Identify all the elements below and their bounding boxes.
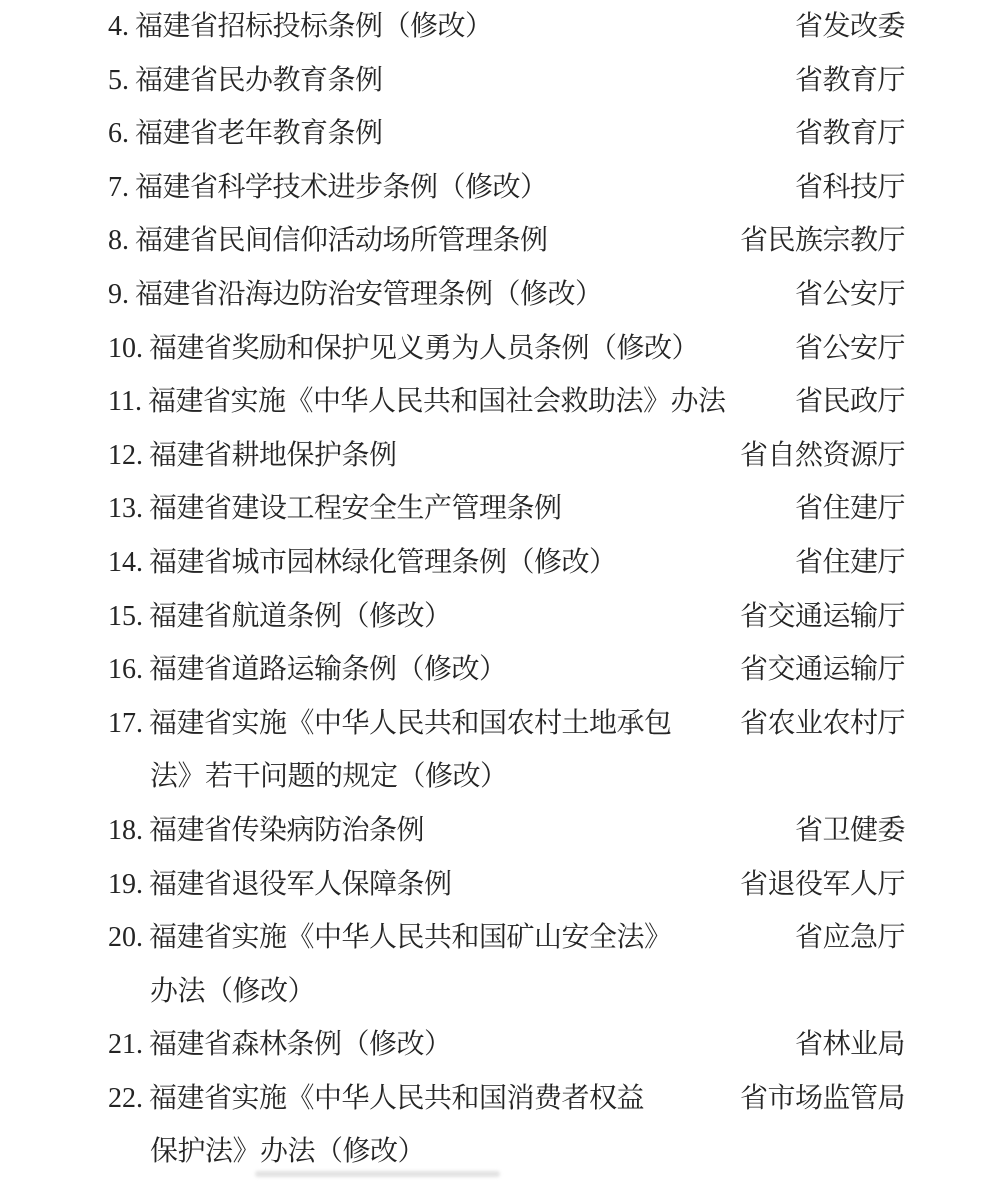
item-title-line: 13.福建省建设工程安全生产管理条例	[108, 482, 795, 536]
item-number: 10.	[108, 322, 143, 376]
regulation-title: 14.福建省城市园林绿化管理条例（修改）	[108, 536, 795, 590]
item-title-line: 14.福建省城市园林绿化管理条例（修改）	[108, 536, 795, 590]
regulation-row: 21.福建省森林条例（修改） 省林业局	[0, 1018, 990, 1072]
item-number: 20.	[108, 911, 143, 965]
responsible-dept: 省教育厅	[795, 54, 905, 108]
item-title-line: 12.福建省耕地保护条例	[108, 429, 740, 483]
regulation-title: 12.福建省耕地保护条例	[108, 429, 740, 483]
item-title-line: 4.福建省招标投标条例（修改）	[108, 0, 795, 54]
document-page: 4.福建省招标投标条例（修改） 省发改委 5.福建省民办教育条例 省教育厅 6.…	[0, 0, 990, 1193]
item-number: 17.	[108, 697, 143, 751]
regulation-row: 22.福建省实施《中华人民共和国消费者权益保护法》办法（修改） 省市场监管局	[0, 1072, 990, 1179]
item-number: 14.	[108, 536, 143, 590]
regulation-row: 10.福建省奖励和保护见义勇为人员条例（修改） 省公安厅	[0, 322, 990, 376]
item-title-line: 19.福建省退役军人保障条例	[108, 858, 740, 912]
responsible-dept: 省卫健委	[795, 804, 905, 858]
regulation-title: 11.福建省实施《中华人民共和国社会救助法》办法	[108, 375, 795, 429]
regulation-row: 19.福建省退役军人保障条例 省退役军人厅	[0, 858, 990, 912]
item-number: 13.	[108, 482, 143, 536]
regulation-title: 6.福建省老年教育条例	[108, 107, 795, 161]
item-number: 4.	[108, 0, 129, 54]
item-title-line: 18.福建省传染病防治条例	[108, 804, 795, 858]
responsible-dept: 省退役军人厅	[740, 858, 905, 912]
regulation-title: 4.福建省招标投标条例（修改）	[108, 0, 795, 54]
responsible-dept: 省住建厅	[795, 536, 905, 590]
item-title-line: 21.福建省森林条例（修改）	[108, 1018, 795, 1072]
item-number: 16.	[108, 643, 143, 697]
item-title-continuation: 办法（修改）	[150, 965, 795, 1019]
item-number: 18.	[108, 804, 143, 858]
regulation-title: 22.福建省实施《中华人民共和国消费者权益保护法》办法（修改）	[108, 1072, 740, 1179]
item-title-line: 16.福建省道路运输条例（修改）	[108, 643, 740, 697]
regulation-row: 20.福建省实施《中华人民共和国矿山安全法》办法（修改） 省应急厅	[0, 911, 990, 1018]
regulation-title: 18.福建省传染病防治条例	[108, 804, 795, 858]
regulation-title: 10.福建省奖励和保护见义勇为人员条例（修改）	[108, 322, 795, 376]
item-number: 6.	[108, 107, 129, 161]
regulation-row: 5.福建省民办教育条例 省教育厅	[0, 54, 990, 108]
item-title-line: 15.福建省航道条例（修改）	[108, 590, 740, 644]
responsible-dept: 省农业农村厅	[740, 697, 905, 751]
regulation-title: 19.福建省退役军人保障条例	[108, 858, 740, 912]
item-title-line: 9.福建省沿海边防治安管理条例（修改）	[108, 268, 795, 322]
item-title-line: 17.福建省实施《中华人民共和国农村土地承包	[108, 697, 740, 751]
responsible-dept: 省科技厅	[795, 161, 905, 215]
regulation-row: 9.福建省沿海边防治安管理条例（修改） 省公安厅	[0, 268, 990, 322]
responsible-dept: 省公安厅	[795, 322, 905, 376]
item-number: 8.	[108, 214, 129, 268]
regulation-title: 21.福建省森林条例（修改）	[108, 1018, 795, 1072]
regulation-title: 17.福建省实施《中华人民共和国农村土地承包法》若干问题的规定（修改）	[108, 697, 740, 804]
item-title-line: 6.福建省老年教育条例	[108, 107, 795, 161]
regulation-row: 16.福建省道路运输条例（修改） 省交通运输厅	[0, 643, 990, 697]
regulation-row: 15.福建省航道条例（修改） 省交通运输厅	[0, 590, 990, 644]
cropped-text-artifact	[255, 1171, 500, 1177]
item-title-line: 5.福建省民办教育条例	[108, 54, 795, 108]
item-title-line: 22.福建省实施《中华人民共和国消费者权益	[108, 1072, 740, 1126]
item-title-line: 11.福建省实施《中华人民共和国社会救助法》办法	[108, 375, 795, 429]
regulation-row: 18.福建省传染病防治条例 省卫健委	[0, 804, 990, 858]
regulation-title: 8.福建省民间信仰活动场所管理条例	[108, 214, 740, 268]
item-number: 19.	[108, 858, 143, 912]
regulation-row: 13.福建省建设工程安全生产管理条例 省住建厅	[0, 482, 990, 536]
regulation-row: 4.福建省招标投标条例（修改） 省发改委	[0, 0, 990, 54]
responsible-dept: 省林业局	[795, 1018, 905, 1072]
regulation-title: 20.福建省实施《中华人民共和国矿山安全法》办法（修改）	[108, 911, 795, 1018]
item-number: 12.	[108, 429, 143, 483]
regulation-title: 9.福建省沿海边防治安管理条例（修改）	[108, 268, 795, 322]
item-number: 15.	[108, 590, 143, 644]
regulation-title: 5.福建省民办教育条例	[108, 54, 795, 108]
item-title-continuation: 法》若干问题的规定（修改）	[150, 750, 740, 804]
regulation-title: 13.福建省建设工程安全生产管理条例	[108, 482, 795, 536]
item-title-line: 8.福建省民间信仰活动场所管理条例	[108, 214, 740, 268]
item-title-line: 10.福建省奖励和保护见义勇为人员条例（修改）	[108, 322, 795, 376]
regulation-row: 8.福建省民间信仰活动场所管理条例 省民族宗教厅	[0, 214, 990, 268]
item-number: 7.	[108, 161, 129, 215]
responsible-dept: 省教育厅	[795, 107, 905, 161]
regulation-row: 11.福建省实施《中华人民共和国社会救助法》办法 省民政厅	[0, 375, 990, 429]
responsible-dept: 省民族宗教厅	[740, 214, 905, 268]
responsible-dept: 省住建厅	[795, 482, 905, 536]
regulation-list: 4.福建省招标投标条例（修改） 省发改委 5.福建省民办教育条例 省教育厅 6.…	[0, 0, 990, 1179]
item-number: 5.	[108, 54, 129, 108]
item-title-line: 20.福建省实施《中华人民共和国矿山安全法》	[108, 911, 795, 965]
item-number: 11.	[108, 375, 142, 429]
regulation-row: 12.福建省耕地保护条例 省自然资源厅	[0, 429, 990, 483]
regulation-title: 15.福建省航道条例（修改）	[108, 590, 740, 644]
responsible-dept: 省应急厅	[795, 911, 905, 965]
regulation-title: 7.福建省科学技术进步条例（修改）	[108, 161, 795, 215]
responsible-dept: 省民政厅	[795, 375, 905, 429]
regulation-title: 16.福建省道路运输条例（修改）	[108, 643, 740, 697]
responsible-dept: 省市场监管局	[740, 1072, 905, 1126]
responsible-dept: 省公安厅	[795, 268, 905, 322]
responsible-dept: 省交通运输厅	[740, 590, 905, 644]
responsible-dept: 省发改委	[795, 0, 905, 54]
responsible-dept: 省交通运输厅	[740, 643, 905, 697]
regulation-row: 14.福建省城市园林绿化管理条例（修改） 省住建厅	[0, 536, 990, 590]
item-number: 22.	[108, 1072, 143, 1126]
responsible-dept: 省自然资源厅	[740, 429, 905, 483]
regulation-row: 17.福建省实施《中华人民共和国农村土地承包法》若干问题的规定（修改） 省农业农…	[0, 697, 990, 804]
item-number: 21.	[108, 1018, 143, 1072]
regulation-row: 7.福建省科学技术进步条例（修改） 省科技厅	[0, 161, 990, 215]
regulation-row: 6.福建省老年教育条例 省教育厅	[0, 107, 990, 161]
item-number: 9.	[108, 268, 129, 322]
item-title-line: 7.福建省科学技术进步条例（修改）	[108, 161, 795, 215]
